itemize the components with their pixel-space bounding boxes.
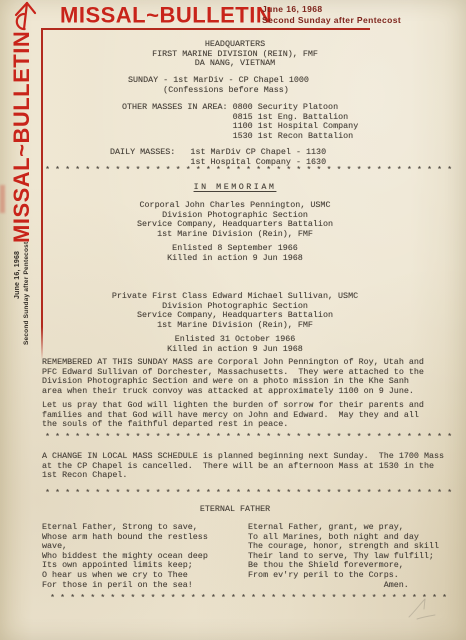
memorial-service-sullivan: Enlisted 31 October 1966 Killed in actio… xyxy=(45,335,425,354)
masthead-dateline: June 16, 1968 Second Sunday after Pentec… xyxy=(262,4,401,26)
other-masses-schedule: OTHER MASSES IN AREA: 0800 Security Plat… xyxy=(122,103,358,141)
prayer-paragraph: Let us pray that God will lighten the bu… xyxy=(42,401,424,430)
separator-row: * * * * * * * * * * * * * * * * * * * * … xyxy=(45,489,452,499)
eternal-father-heading: ETERNAL FATHER xyxy=(45,505,425,515)
sunday-mass-schedule: SUNDAY - 1st MarDiv - CP Chapel 1000 (Co… xyxy=(128,76,309,95)
masthead-subtitle: Second Sunday after Pentecost xyxy=(262,15,401,26)
bulletin-page: MISSAL~BULLETIN June 16, 1968 Second Sun… xyxy=(0,0,466,640)
in-memoriam-heading-text: IN MEMORIAM xyxy=(194,182,277,192)
header-rule xyxy=(42,28,370,30)
schedule-change-paragraph: A CHANGE IN LOCAL MASS SCHEDULE is plann… xyxy=(42,452,444,481)
separator-row: * * * * * * * * * * * * * * * * * * * * … xyxy=(45,433,452,443)
left-margin-rule xyxy=(41,28,43,360)
masthead-date: June 16, 1968 xyxy=(262,4,401,15)
sidebar-vertical-date: June 16, 1968 xyxy=(14,251,21,299)
memorial-entry-sullivan: Private First Class Edward Michael Sulli… xyxy=(45,292,425,330)
separator-row: * * * * * * * * * * * * * * * * * * * * … xyxy=(45,166,452,176)
arrow-anchor-icon xyxy=(8,1,38,33)
hymn-left-column: Eternal Father, Strong to save, Whose ar… xyxy=(42,523,208,590)
pencil-mark xyxy=(405,597,439,628)
separator-row: * * * * * * * * * * * * * * * * * * * * … xyxy=(50,594,450,604)
memorial-service-pennington: Enlisted 8 September 1966 Killed in acti… xyxy=(45,244,425,263)
memorial-entry-pennington: Corporal John Charles Pennington, USMC D… xyxy=(45,201,425,239)
masthead-title: MISSAL~BULLETIN xyxy=(60,2,272,29)
paper-smear xyxy=(0,185,5,213)
remembered-paragraph: REMEMBERED AT THIS SUNDAY MASS are Corpo… xyxy=(42,358,424,396)
sidebar-vertical-title: MISSAL~BULLETIN xyxy=(9,31,35,243)
sidebar-vertical-subtitle: Second Sunday after Pentecost xyxy=(23,242,30,345)
letterhead: HEADQUARTERS FIRST MARINE DIVISION (REIN… xyxy=(45,40,425,69)
in-memoriam-heading: IN MEMORIAM xyxy=(45,183,425,193)
hymn-right-column: Eternal Father, grant, we pray, To all M… xyxy=(248,523,439,590)
pencil-scribble-icon xyxy=(405,597,439,623)
